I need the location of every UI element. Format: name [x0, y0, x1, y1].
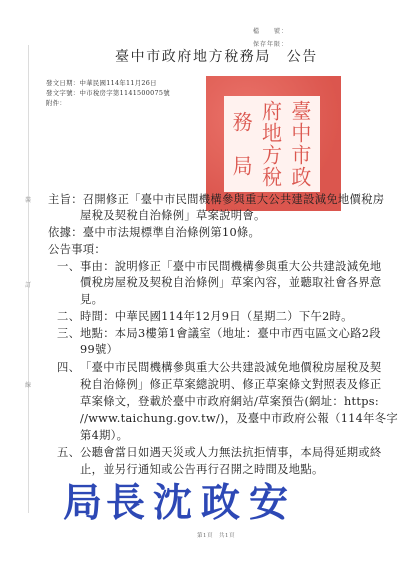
item-1-label: 一、 [57, 258, 80, 274]
item-5-label: 五、 [57, 444, 80, 460]
seal-char: 務 [228, 99, 257, 145]
seal-char: 方 [257, 143, 286, 166]
item-2-label: 二、 [57, 308, 80, 324]
seal-char: 市 [287, 143, 316, 166]
seal-inner-field: 臺 中 市 政 府 地 方 稅 務 局 [224, 96, 320, 192]
seal-char: 中 [287, 121, 316, 144]
issue-date: 發文日期：中華民國114年11月26日 [46, 78, 157, 87]
item-1-line-1: 事由：說明修正「臺中市民間機構參與重大公共建設減免地 [80, 258, 382, 274]
page-number: 第1頁 共1頁 [197, 531, 235, 539]
seal-char: 局 [228, 143, 257, 189]
signature-title: 局長 [63, 484, 149, 523]
subject-line-2: 屋稅及契稅自治條例」草案說明會。 [80, 207, 266, 223]
page-title: 臺中市政府地方稅務局 公告 [115, 46, 318, 66]
items-heading: 公告事項： [48, 241, 106, 257]
item-2-line-1: 時間：中華民國114年12月9日（星期二）下午2時。 [80, 308, 353, 324]
seal-char: 地 [257, 121, 286, 144]
file-number-label: 檔 號： [253, 26, 288, 35]
item-5-line-2: 止，並另行通知或公告再行召開之時間及地點。 [80, 461, 324, 477]
document-number: 發文字號：中市稅房字第1141500075號 [46, 88, 170, 97]
binding-label-ding: 訂 [25, 280, 31, 289]
item-4-line-3: 草案條文，登載於臺中市政府網站/草案預告(網址：https: [80, 393, 379, 409]
binding-label-xian: 線 [25, 380, 31, 389]
item-3-line-2: 99號） [80, 341, 118, 357]
seal-characters: 臺 中 市 政 府 地 方 稅 務 局 [228, 100, 316, 188]
seal-char: 臺 [287, 99, 316, 122]
item-4-line-4: //www.taichung.gov.tw/)，及臺中市政府公報（114年冬字 [80, 410, 398, 426]
item-3-line-1: 地點：本局3樓第1會議室（地址：臺中市西屯區文心路2段 [80, 325, 381, 341]
seal-char: 稅 [257, 165, 286, 188]
seal-char: 府 [257, 99, 286, 122]
binding-line [28, 45, 29, 513]
item-4-line-1: 「臺中市民間機構參與重大公共建設減免地價稅房屋稅及契 [80, 359, 382, 375]
item-4-line-2: 稅自治條例」修正草案總說明、修正草案條文對照表及修正 [80, 376, 382, 392]
item-4-label: 四、 [57, 359, 80, 375]
item-3-label: 三、 [57, 325, 80, 341]
item-5-line-1: 公聽會當日如遇天災或人力無法抗拒情事，本局得延期或終 [80, 444, 382, 460]
item-1-line-3: 見。 [80, 291, 103, 307]
subject-line-1: 主旨：召開修正「臺中市民間機構參與重大公共建設減免地價稅房 [48, 191, 384, 207]
signature-name: 沈政安 [153, 484, 297, 523]
item-4-line-5: 第4期）。 [80, 427, 128, 443]
legal-basis: 依據：臺中市法規標準自治條例第10條。 [48, 224, 260, 240]
item-1-line-2: 價稅房屋稅及契稅自治條例」草案內容，並聽取社會各界意 [80, 274, 382, 290]
attachment-label: 附件： [46, 98, 66, 107]
seal-char: 政 [287, 165, 316, 188]
binding-label-zhuang: 裝 [25, 195, 31, 204]
